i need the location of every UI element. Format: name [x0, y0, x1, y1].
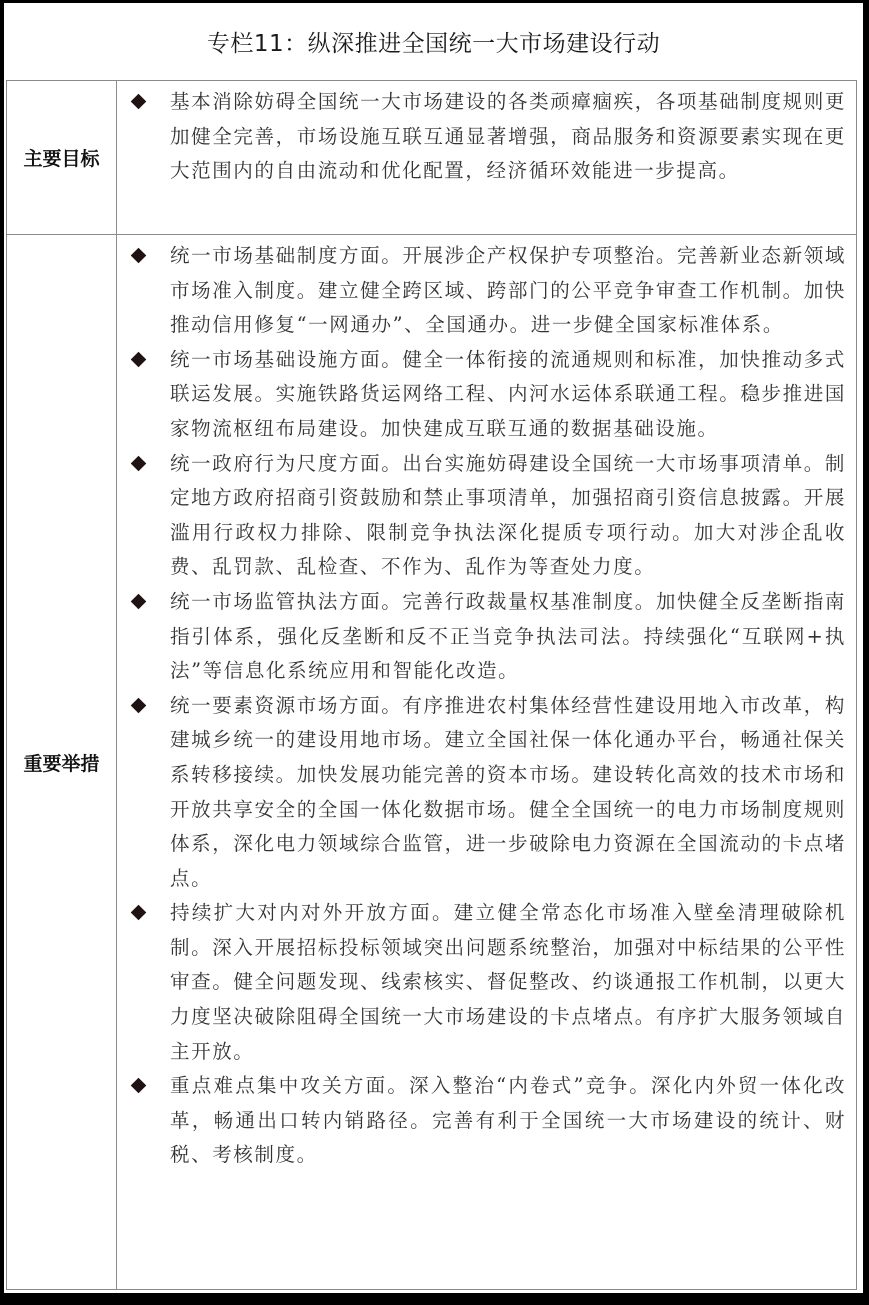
table-row-measures: 重要举措 统一市场基础制度方面。开展涉企产权保护专项整治。完善新业态新领域市场准… [7, 235, 856, 1289]
row-label: 重要举措 [7, 235, 117, 1289]
diamond-bullet-icon [125, 447, 170, 585]
diamond-bullet-icon [125, 343, 170, 447]
row-label: 主要目标 [7, 81, 117, 234]
item-text: 持续扩大对内对外开放方面。建立健全常态化市场准入壁垒清理破除机制。深入开展招标投… [170, 896, 846, 1069]
item-text: 统一政府行为尺度方面。出台实施妨碍建设全国统一大市场事项清单。制定地方政府招商引… [170, 447, 846, 585]
table-row-goals: 主要目标 基本消除妨碍全国统一大市场建设的各类顽瘴痼疾，各项基础制度规则更加健全… [7, 81, 856, 235]
item-text: 重点难点集中攻关方面。深入整治“内卷式”竞争。深化内外贸一体化改革，畅通出口转内… [170, 1069, 846, 1173]
list-item: 统一市场基础设施方面。健全一体衔接的流通规则和标准，加快推动多式联运发展。实施铁… [125, 343, 846, 447]
list-item: 重点难点集中攻关方面。深入整治“内卷式”竞争。深化内外贸一体化改革，畅通出口转内… [125, 1069, 846, 1173]
diamond-bullet-icon [125, 1069, 170, 1173]
item-text: 统一要素资源市场方面。有序推进农村集体经营性建设用地入市改革，构建城乡统一的建设… [170, 689, 846, 897]
list-item: 统一市场基础制度方面。开展涉企产权保护专项整治。完善新业态新领域市场准入制度。建… [125, 239, 846, 343]
item-text: 基本消除妨碍全国统一大市场建设的各类顽瘴痼疾，各项基础制度规则更加健全完善，市场… [170, 85, 846, 189]
item-text: 统一市场监管执法方面。完善行政裁量权基准制度。加快健全反垄断指南指引体系，强化反… [170, 585, 846, 689]
document-page: 专栏11：纵深推进全国统一大市场建设行动 主要目标 基本消除妨碍全国统一大市场建… [4, 3, 863, 1293]
item-text: 统一市场基础制度方面。开展涉企产权保护专项整治。完善新业态新领域市场准入制度。建… [170, 239, 846, 343]
item-text: 统一市场基础设施方面。健全一体衔接的流通规则和标准，加快推动多式联运发展。实施铁… [170, 343, 846, 447]
diamond-bullet-icon [125, 896, 170, 1069]
diamond-bullet-icon [125, 239, 170, 343]
column-table: 主要目标 基本消除妨碍全国统一大市场建设的各类顽瘴痼疾，各项基础制度规则更加健全… [6, 80, 857, 1290]
list-item: 统一政府行为尺度方面。出台实施妨碍建设全国统一大市场事项清单。制定地方政府招商引… [125, 447, 846, 585]
page-title: 专栏11：纵深推进全国统一大市场建设行动 [4, 3, 863, 80]
row-content: 基本消除妨碍全国统一大市场建设的各类顽瘴痼疾，各项基础制度规则更加健全完善，市场… [117, 81, 856, 234]
list-item: 持续扩大对内对外开放方面。建立健全常态化市场准入壁垒清理破除机制。深入开展招标投… [125, 896, 846, 1069]
diamond-bullet-icon [125, 689, 170, 897]
list-item: 统一要素资源市场方面。有序推进农村集体经营性建设用地入市改革，构建城乡统一的建设… [125, 689, 846, 897]
list-item: 统一市场监管执法方面。完善行政裁量权基准制度。加快健全反垄断指南指引体系，强化反… [125, 585, 846, 689]
row-content: 统一市场基础制度方面。开展涉企产权保护专项整治。完善新业态新领域市场准入制度。建… [117, 235, 856, 1289]
list-item: 基本消除妨碍全国统一大市场建设的各类顽瘴痼疾，各项基础制度规则更加健全完善，市场… [125, 85, 846, 189]
diamond-bullet-icon [125, 585, 170, 689]
diamond-bullet-icon [125, 85, 170, 189]
